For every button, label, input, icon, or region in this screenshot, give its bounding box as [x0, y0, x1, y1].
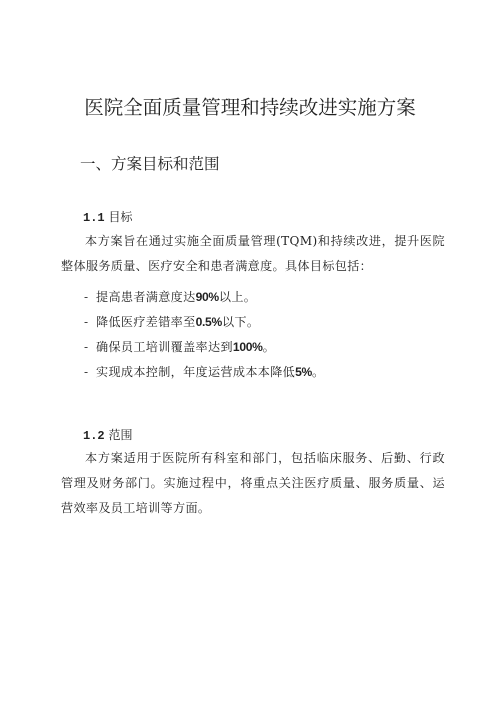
item-text-suffix: 。 [312, 365, 324, 379]
goals-paragraph: 本方案旨在通过实施全面质量管理(TQM)和持续改进，提升医院整体服务质量、医疗安… [61, 229, 445, 279]
list-item: -实现成本控制，年度运营成本本降低5%。 [84, 360, 324, 385]
section-heading: 一、方案目标和范围 [80, 154, 220, 174]
item-text-suffix: 以下。 [222, 315, 259, 329]
subsection-number: 1.2 [83, 429, 105, 443]
document-page: 医院全面质量管理和持续改进实施方案 一、方案目标和范围 1.1 目标 本方案旨在… [0, 0, 500, 707]
item-text: 降低医疗差错率至 [96, 315, 196, 329]
list-item: -确保员工培训覆盖率达到100%。 [84, 335, 324, 360]
dash-bullet: - [84, 310, 96, 335]
item-text: 确保员工培训覆盖率达到 [96, 340, 233, 354]
item-value: 0.5% [196, 315, 222, 329]
item-text: 提高患者满意度达 [96, 290, 196, 304]
document-title: 医院全面质量管理和持续改进实施方案 [0, 96, 500, 120]
list-item: -提高患者满意度达90%以上。 [84, 285, 324, 310]
goals-list: -提高患者满意度达90%以上。 -降低医疗差错率至0.5%以下。 -确保员工培训… [84, 285, 324, 385]
dash-bullet: - [84, 335, 96, 360]
item-text-suffix: 以上。 [219, 290, 256, 304]
item-value: 90% [196, 290, 219, 304]
subsection-heading-goals: 1.1 目标 [83, 209, 132, 226]
item-text-suffix: 。 [263, 340, 275, 354]
item-value: 100% [233, 340, 263, 354]
subsection-number: 1.1 [83, 211, 105, 225]
scope-paragraph: 本方案适用于医院所有科室和部门，包括临床服务、后勤、行政管理及财务部门。实施过程… [61, 446, 445, 521]
item-text: 实现成本控制，年度运营成本本降低 [96, 365, 295, 379]
subsection-heading-scope: 1.2 范围 [83, 427, 132, 444]
subsection-label: 目标 [108, 210, 132, 224]
dash-bullet: - [84, 360, 96, 385]
subsection-label: 范围 [108, 428, 132, 442]
dash-bullet: - [84, 285, 96, 310]
item-value: 5% [295, 365, 312, 379]
list-item: -降低医疗差错率至0.5%以下。 [84, 310, 324, 335]
